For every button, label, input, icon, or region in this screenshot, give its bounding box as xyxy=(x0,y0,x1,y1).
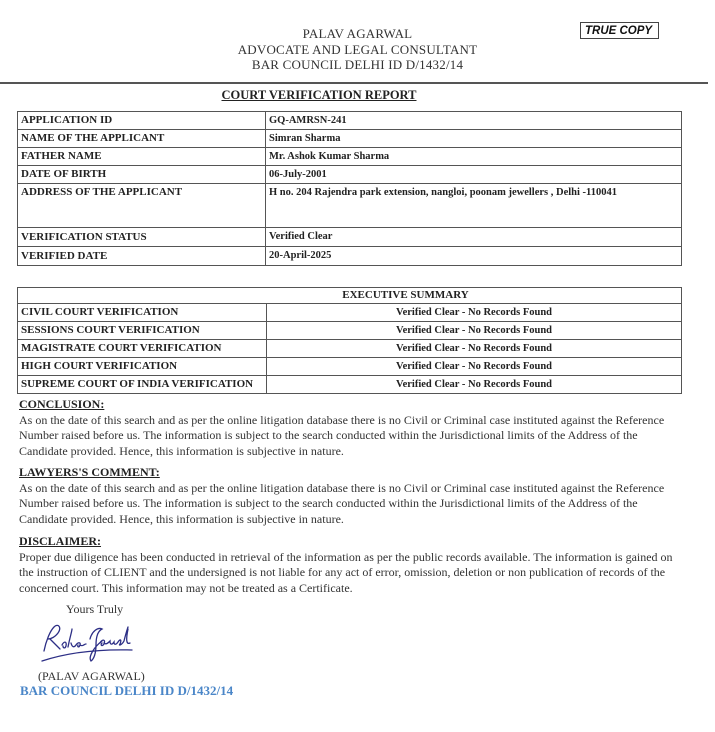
field-label: APPLICATION ID xyxy=(18,112,266,130)
conclusion-text: As on the date of this search and as per… xyxy=(19,413,664,458)
signatory-bar-id: BAR COUNCIL DELHI ID D/1432/14 xyxy=(20,683,233,699)
lawyers-comment-section: LAWYERS'S COMMENT: As on the date of thi… xyxy=(19,465,689,527)
court-label: SUPREME COURT OF INDIA VERIFICATION xyxy=(18,376,267,394)
table-row: ADDRESS OF THE APPLICANT H no. 204 Rajen… xyxy=(18,184,682,228)
table-row: MAGISTRATE COURT VERIFICATION Verified C… xyxy=(18,340,682,358)
court-label: HIGH COURT VERIFICATION xyxy=(18,358,267,376)
signature-icon xyxy=(36,617,141,667)
table-row: HIGH COURT VERIFICATION Verified Clear -… xyxy=(18,358,682,376)
court-label: MAGISTRATE COURT VERIFICATION xyxy=(18,340,267,358)
court-result: Verified Clear - No Records Found xyxy=(267,304,682,322)
field-value: H no. 204 Rajendra park extension, nangl… xyxy=(266,184,682,228)
table-row: SESSIONS COURT VERIFICATION Verified Cle… xyxy=(18,322,682,340)
letterhead-designation: ADVOCATE AND LEGAL CONSULTANT xyxy=(0,42,715,58)
field-label: VERIFICATION STATUS xyxy=(18,228,266,247)
court-result: Verified Clear - No Records Found xyxy=(267,358,682,376)
table-row: VERIFIED DATE 20-April-2025 xyxy=(18,247,682,266)
signatory-name: (PALAV AGARWAL) xyxy=(38,669,145,684)
field-value: 20-April-2025 xyxy=(266,247,682,266)
true-copy-stamp: TRUE COPY xyxy=(580,22,659,39)
field-value: Verified Clear xyxy=(266,228,682,247)
closing-text: Yours Truly xyxy=(66,602,123,617)
table-row: CIVIL COURT VERIFICATION Verified Clear … xyxy=(18,304,682,322)
court-result: Verified Clear - No Records Found xyxy=(267,322,682,340)
conclusion-heading: CONCLUSION: xyxy=(19,397,689,413)
disclaimer-heading: DISCLAIMER: xyxy=(19,534,689,550)
table-row: APPLICATION ID GQ-AMRSN-241 xyxy=(18,112,682,130)
field-value: 06-July-2001 xyxy=(266,166,682,184)
table-row: FATHER NAME Mr. Ashok Kumar Sharma xyxy=(18,148,682,166)
field-value: Simran Sharma xyxy=(266,130,682,148)
lawyers-comment-text: As on the date of this search and as per… xyxy=(19,481,664,526)
field-value: Mr. Ashok Kumar Sharma xyxy=(266,148,682,166)
executive-summary-table: EXECUTIVE SUMMARY CIVIL COURT VERIFICATI… xyxy=(17,287,682,394)
disclaimer-text: Proper due diligence has been conducted … xyxy=(19,550,673,595)
court-label: CIVIL COURT VERIFICATION xyxy=(18,304,267,322)
field-label: VERIFIED DATE xyxy=(18,247,266,266)
court-result: Verified Clear - No Records Found xyxy=(267,376,682,394)
letterhead-bar-id: BAR COUNCIL DELHI ID D/1432/14 xyxy=(0,57,715,73)
field-label: FATHER NAME xyxy=(18,148,266,166)
table-row: SUPREME COURT OF INDIA VERIFICATION Veri… xyxy=(18,376,682,394)
conclusion-section: CONCLUSION: As on the date of this searc… xyxy=(19,397,689,459)
table-row: VERIFICATION STATUS Verified Clear xyxy=(18,228,682,247)
table-row: NAME OF THE APPLICANT Simran Sharma xyxy=(18,130,682,148)
disclaimer-section: DISCLAIMER: Proper due diligence has bee… xyxy=(19,534,689,596)
field-label: ADDRESS OF THE APPLICANT xyxy=(18,184,266,228)
report-title: COURT VERIFICATION REPORT xyxy=(0,88,638,103)
executive-summary-heading: EXECUTIVE SUMMARY xyxy=(18,288,682,304)
field-value: GQ-AMRSN-241 xyxy=(266,112,682,130)
field-label: NAME OF THE APPLICANT xyxy=(18,130,266,148)
field-label: DATE OF BIRTH xyxy=(18,166,266,184)
court-result: Verified Clear - No Records Found xyxy=(267,340,682,358)
header-divider xyxy=(0,82,708,84)
table-header-row: EXECUTIVE SUMMARY xyxy=(18,288,682,304)
lawyers-comment-heading: LAWYERS'S COMMENT: xyxy=(19,465,689,481)
applicant-details-table: APPLICATION ID GQ-AMRSN-241 NAME OF THE … xyxy=(17,111,682,266)
table-row: DATE OF BIRTH 06-July-2001 xyxy=(18,166,682,184)
court-label: SESSIONS COURT VERIFICATION xyxy=(18,322,267,340)
